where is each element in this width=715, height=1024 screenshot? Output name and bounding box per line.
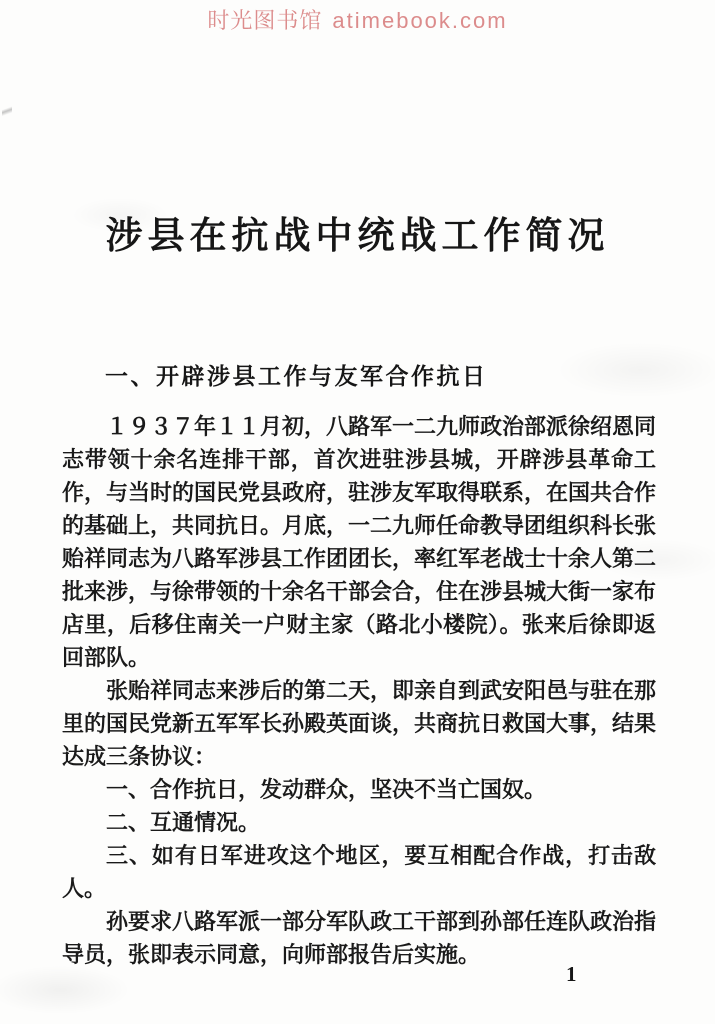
watermark-site-url: atimebook.com [332,8,507,33]
watermark: 时光图书馆atimebook.com [0,4,715,35]
paragraph-1: １９３７年１１月初，八路军一二九师政治部派徐绍恩同志带领十余名连排干部，首次进驻… [62,410,656,674]
paragraph-2: 张贻祥同志来涉后的第二天，即亲自到武安阳邑与驻在那里的国民党新五军军长孙殿英面谈… [62,674,656,773]
agreement-item-3: 三、如有日军进攻这个地区，要互相配合作战，打击敌人。 [62,839,656,905]
agreement-item-1: 一、合作抗日，发动群众，坚决不当亡国奴。 [62,773,656,806]
scanned-document-page: 时光图书馆atimebook.com 涉县在抗战中统战工作简况 一、开辟涉县工作… [0,0,715,1024]
document-body: １９３７年１１月初，八路军一二九师政治部派徐绍恩同志带领十余名连排干部，首次进驻… [62,410,656,971]
document-title: 涉县在抗战中统战工作简况 [0,205,715,259]
scan-artifact-mark [2,98,12,124]
watermark-site-name: 时光图书馆 [207,8,322,33]
page-number: 1 [566,962,577,987]
section-heading: 一、开辟涉县工作与友军合作抗日 [105,358,488,391]
agreement-item-2: 二、互通情况。 [62,806,656,839]
